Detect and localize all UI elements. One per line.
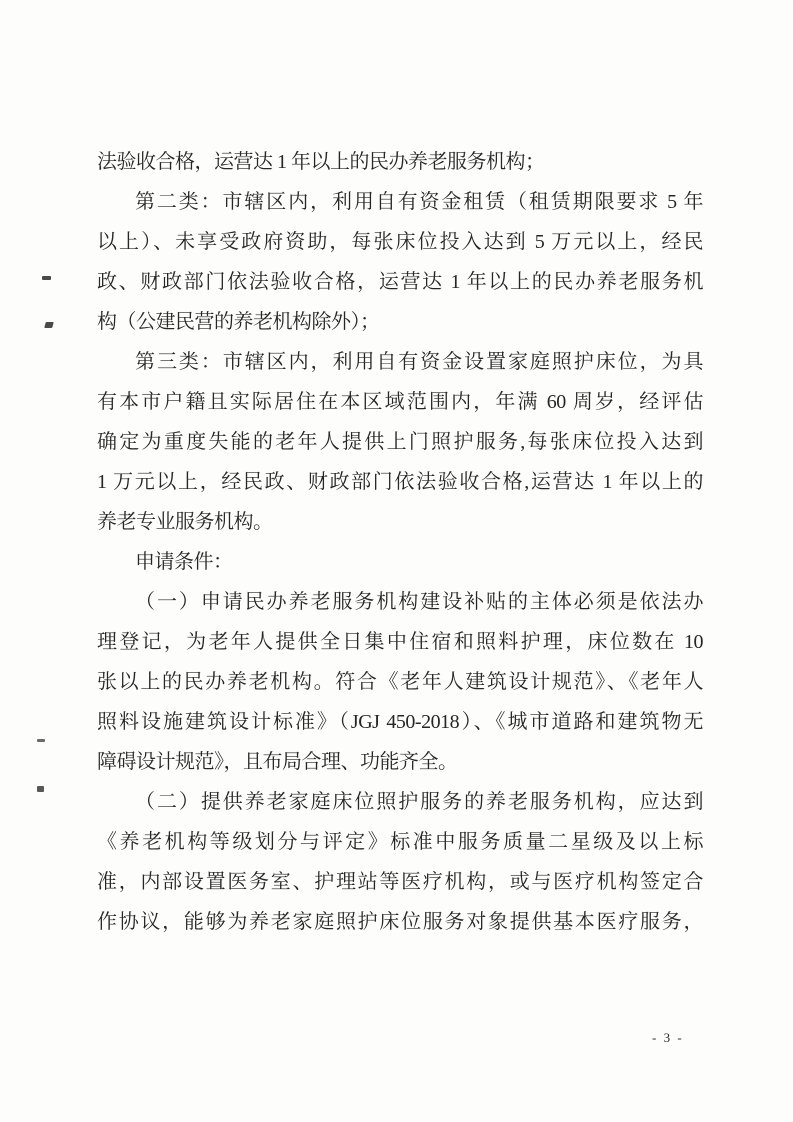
document-line: 政、财政部门依法验收合格，运营达 1 年以上的民办养老服务机 — [97, 262, 703, 302]
document-body: 法验收合格，运营达 1 年以上的民办养老服务机构；第二类：市辖区内，利用自有资金… — [97, 142, 703, 942]
document-line: 照料设施建筑设计标准》（JGJ 450-2018）、《城市道路和建筑物无 — [97, 702, 703, 742]
document-page: 法验收合格，运营达 1 年以上的民办养老服务机构；第二类：市辖区内，利用自有资金… — [0, 0, 793, 1122]
document-line: 作协议，能够为养老家庭照护床位服务对象提供基本医疗服务， — [97, 902, 703, 942]
document-line: 法验收合格，运营达 1 年以上的民办养老服务机构； — [97, 142, 703, 182]
document-line: 准，内部设置医务室、护理站等医疗机构，或与医疗机构签定合 — [97, 862, 703, 902]
document-line: 有本市户籍且实际居住在本区域范围内，年满 60 周岁，经评估 — [97, 382, 703, 422]
scan-speck — [37, 786, 44, 792]
document-line: 申请条件： — [97, 542, 703, 582]
scan-speck — [42, 276, 51, 280]
scan-speck — [44, 322, 54, 328]
document-line: （二）提供养老家庭床位照护服务的养老服务机构，应达到 — [97, 782, 703, 822]
page-number: - 3 - — [652, 1030, 684, 1046]
document-line: （一）申请民办养老服务机构建设补贴的主体必须是依法办 — [97, 582, 703, 622]
document-line: 张以上的民办养老机构。符合《老年人建筑设计规范》、《老年人 — [97, 662, 703, 702]
document-line: 第二类：市辖区内，利用自有资金租赁（租赁期限要求 5 年 — [97, 182, 703, 222]
document-line: 第三类：市辖区内，利用自有资金设置家庭照护床位，为具 — [97, 342, 703, 382]
document-line: 理登记，为老年人提供全日集中住宿和照料护理，床位数在 10 — [97, 622, 703, 662]
document-line: 1 万元以上，经民政、财政部门依法验收合格,运营达 1 年以上的 — [97, 462, 703, 502]
document-line: 确定为重度失能的老年人提供上门照护服务,每张床位投入达到 — [97, 422, 703, 462]
document-line: 障碍设计规范》，且布局合理、功能齐全。 — [97, 742, 703, 782]
scan-speck — [37, 739, 45, 742]
document-line: 《养老机构等级划分与评定》标准中服务质量二星级及以上标 — [97, 822, 703, 862]
document-line: 以上）、未享受政府资助，每张床位投入达到 5 万元以上，经民 — [97, 222, 703, 262]
document-line: 养老专业服务机构。 — [97, 502, 703, 542]
document-line: 构（公建民营的养老机构除外）； — [97, 302, 703, 342]
